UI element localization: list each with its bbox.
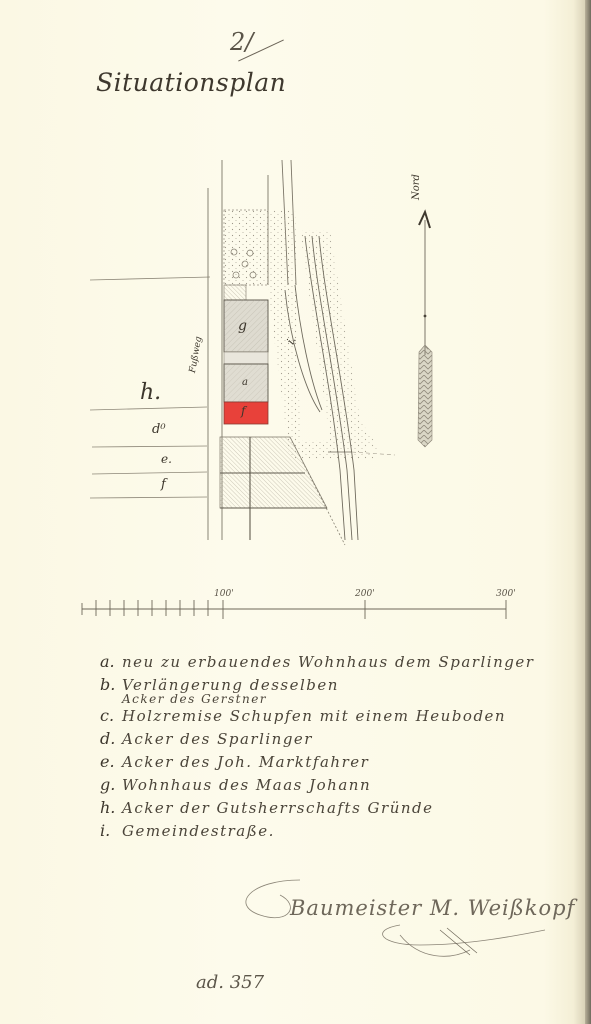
legend-key: e. bbox=[100, 752, 122, 771]
north-arrow-compass bbox=[418, 212, 432, 447]
legend-text: neu zu erbauendes Wohnhaus dem Sparlinge… bbox=[122, 653, 534, 671]
legend-item-g: g. Wohnhaus des Maas Johann bbox=[100, 775, 560, 798]
building-f-highlight bbox=[224, 402, 268, 424]
site-plan-drawing bbox=[0, 0, 591, 1024]
legend-text: Acker der Gutsherrschafts Gründe bbox=[122, 799, 434, 817]
legend-key: c. bbox=[100, 706, 122, 725]
legend-item-d: d. Acker des Sparlinger bbox=[100, 729, 560, 752]
garden-area bbox=[224, 210, 268, 285]
map-label-f: f bbox=[241, 404, 245, 418]
legend-item-h: h. Acker der Gutsherrschafts Gründe bbox=[100, 798, 560, 821]
signature: Baumeister M. Weißkopf bbox=[290, 896, 575, 920]
map-label-e: e. bbox=[161, 452, 172, 466]
north-label: Nord bbox=[411, 174, 422, 200]
legend-item-a: a. neu zu erbauendes Wohnhaus dem Sparli… bbox=[100, 652, 560, 675]
legend-text: Gemeindestraße. bbox=[122, 822, 275, 840]
legend-key: g. bbox=[100, 775, 122, 794]
shed-b bbox=[224, 285, 246, 300]
legend-key: h. bbox=[100, 798, 122, 817]
legend-item-insert: Acker des Gerstner bbox=[100, 692, 560, 706]
legend-key: a. bbox=[100, 652, 122, 671]
legend-text: Wohnhaus des Maas Johann bbox=[122, 776, 371, 794]
map-label-a: a bbox=[242, 377, 248, 388]
legend-text: Acker des Sparlinger bbox=[122, 730, 313, 748]
map-label-f2: f bbox=[161, 477, 166, 492]
legend-text: Holzremise Schupfen mit einem Heuboden bbox=[122, 707, 506, 725]
legend-key: d. bbox=[100, 729, 122, 748]
legend-key: b. bbox=[100, 675, 122, 694]
map-label-d: d⁰ bbox=[152, 422, 166, 437]
legend-key: i. bbox=[100, 821, 122, 840]
legend-text: Acker des Gerstner bbox=[122, 692, 267, 706]
scale-label-300: 300' bbox=[496, 589, 516, 599]
archive-number: ad. 357 bbox=[196, 972, 264, 993]
legend-item-e: e. Acker des Joh. Marktfahrer bbox=[100, 752, 560, 775]
scale-label-100: 100' bbox=[214, 589, 234, 599]
legend: a. neu zu erbauendes Wohnhaus dem Sparli… bbox=[100, 652, 560, 844]
legend-item-i: i. Gemeindestraße. bbox=[100, 821, 560, 844]
scale-label-200: 200' bbox=[355, 589, 375, 599]
map-label-h: h. bbox=[140, 380, 161, 405]
map-label-g: g bbox=[238, 318, 247, 334]
scale-bar bbox=[82, 600, 506, 619]
legend-text: Acker des Joh. Marktfahrer bbox=[122, 753, 369, 771]
legend-item-c: c. Holzremise Schupfen mit einem Heubode… bbox=[100, 706, 560, 729]
